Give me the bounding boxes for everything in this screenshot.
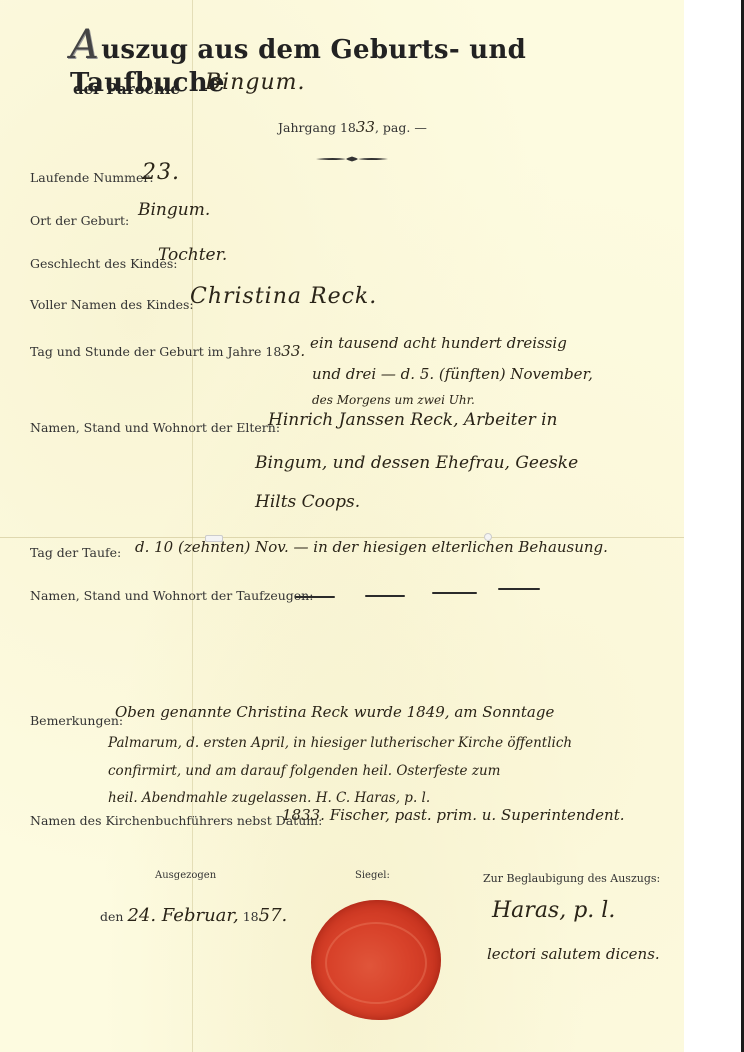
red-wax-seal [311,900,441,1020]
certification-label: Zur Beglaubigung des Auszugs: [483,872,660,885]
birthplace-label: Ort der Geburt: [30,213,129,228]
godparents-label: Namen, Stand und Wohnort der Taufzeugen: [30,588,313,603]
baptism-date-value: d. 10 (zehnten) Nov. — in der hiesigen e… [135,538,608,556]
remarks-line-2: Palmarum, d. ersten April, in hiesiger l… [108,735,572,751]
birth-date-label: Tag und Stunde der Geburt im Jahre 1833. [30,342,305,360]
blank-dash [365,595,405,597]
parents-line-3: Hilts Coops. [255,492,360,512]
baptism-date-label: Tag der Taufe: [30,545,121,560]
birth-date-line-2: und drei — d. 5. (fünften) November, [312,365,593,383]
extraction-date-value: 24. Februar, [127,905,238,926]
parish-label: der Parochie [73,80,180,98]
remarks-label: Bemerkungen: [30,713,123,728]
blank-dash [432,592,477,594]
ornamental-initial: A [70,22,99,68]
ornament-flourish-icon [316,155,388,163]
parish-value: Bingum. [205,70,305,95]
parents-line-2: Bingum, und dessen Ehefrau, Geeske [255,453,578,473]
closing-phrase: lectori salutem dicens. [487,945,660,963]
parents-line-1: Hinrich Janssen Reck, Arbeiter in [268,410,558,430]
registrar-value: 1833. Fischer, past. prim. u. Superinten… [282,806,625,824]
child-name-label: Voller Namen des Kindes: [30,297,194,312]
registrar-label: Namen des Kirchenbuchführers nebst Datum… [30,813,322,828]
document-paper: Auszug aus dem Geburts- und Taufbuche de… [0,0,684,1052]
birthplace-value: Bingum. [138,200,210,220]
running-number-label: Laufende Nummer: [30,170,154,185]
page-value: — [414,120,427,135]
signature: Haras, p. l. [492,898,615,923]
birth-date-line-3: des Morgens um zwei Uhr. [312,393,475,407]
year-value: 33 [356,118,375,136]
birth-year-value: 33. [281,342,305,360]
child-name-value: Christina Reck. [190,284,377,309]
vertical-fold-line [192,0,193,1052]
remarks-line-3: confirmirt, und am darauf folgenden heil… [108,763,500,779]
remarks-line-4: heil. Abendmahle zugelassen. H. C. Haras… [108,790,430,806]
seal-label: Siegel: [355,870,390,881]
extraction-year-value: 57. [259,905,288,926]
parents-label: Namen, Stand und Wohnort der Eltern: [30,420,280,435]
extracted-label: Ausgezogen [155,870,216,881]
blank-dash [498,588,540,590]
sex-label: Geschlecht des Kindes: [30,256,178,271]
extraction-date: den 24. Februar, 1857. [100,905,287,926]
remarks-line-1: Oben genannte Christina Reck wurde 1849,… [115,703,554,721]
sex-value: Tochter. [158,245,227,265]
running-number-value: 23. [142,160,180,185]
blank-dash [295,596,335,598]
year-line: Jahrgang 1833, pag. — [278,118,427,136]
birth-date-line-1: ein tausend acht hundert dreissig [310,334,567,352]
